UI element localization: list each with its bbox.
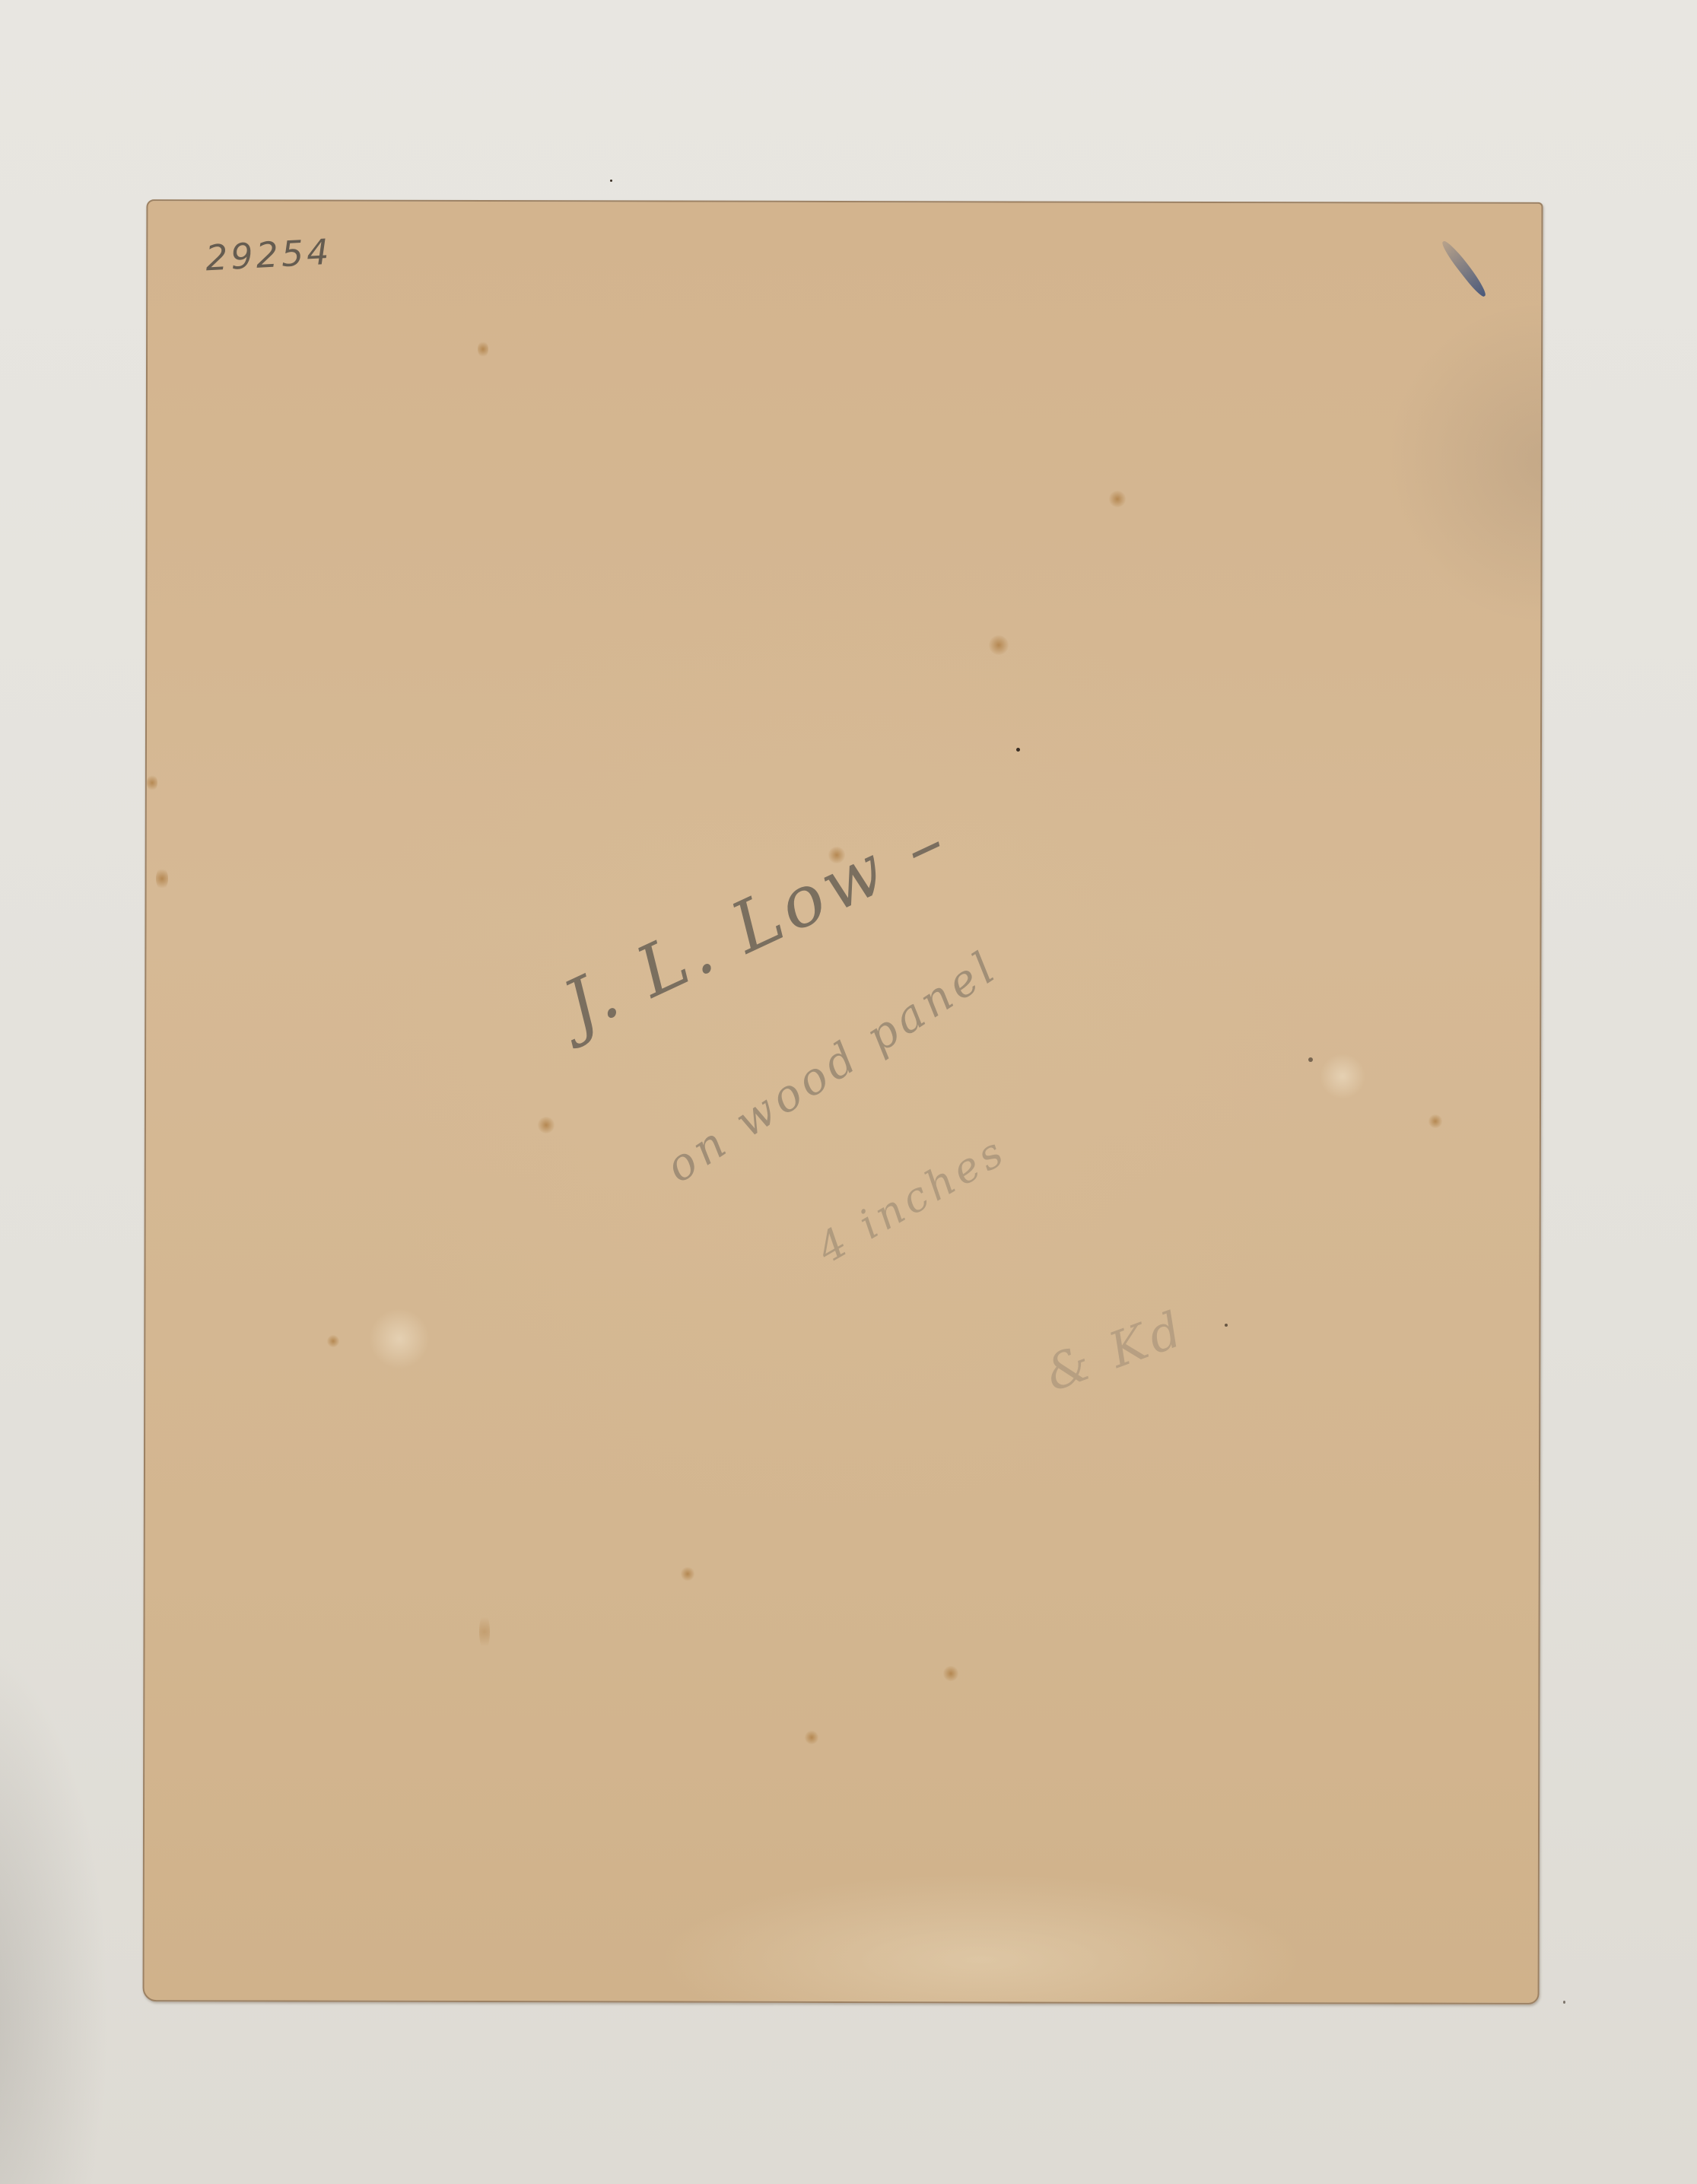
foxing-spot	[147, 774, 157, 791]
foxing-spot	[805, 1731, 818, 1744]
foxing-spot	[943, 1666, 958, 1681]
light-patch	[1320, 1054, 1365, 1099]
dust-speck	[1563, 2001, 1565, 2004]
dust-speck	[1308, 1057, 1313, 1062]
card-mount-verso	[143, 199, 1543, 2004]
foxing-spot	[479, 1613, 490, 1651]
foxing-spot	[1428, 1114, 1442, 1128]
foxing-spot	[327, 1335, 339, 1347]
foxing-spot	[989, 635, 1009, 655]
foxing-spot	[681, 1567, 694, 1581]
foxing-spot	[1109, 491, 1126, 507]
foxing-spot	[156, 867, 168, 890]
foxing-spot	[538, 1117, 555, 1133]
foxing-spot	[478, 341, 488, 358]
catalog-number: 29254	[205, 231, 333, 279]
dust-speck	[1016, 748, 1020, 752]
dust-speck	[610, 180, 612, 182]
dust-speck	[1225, 1324, 1228, 1327]
light-patch	[369, 1308, 430, 1369]
foxing-spot	[828, 847, 845, 863]
